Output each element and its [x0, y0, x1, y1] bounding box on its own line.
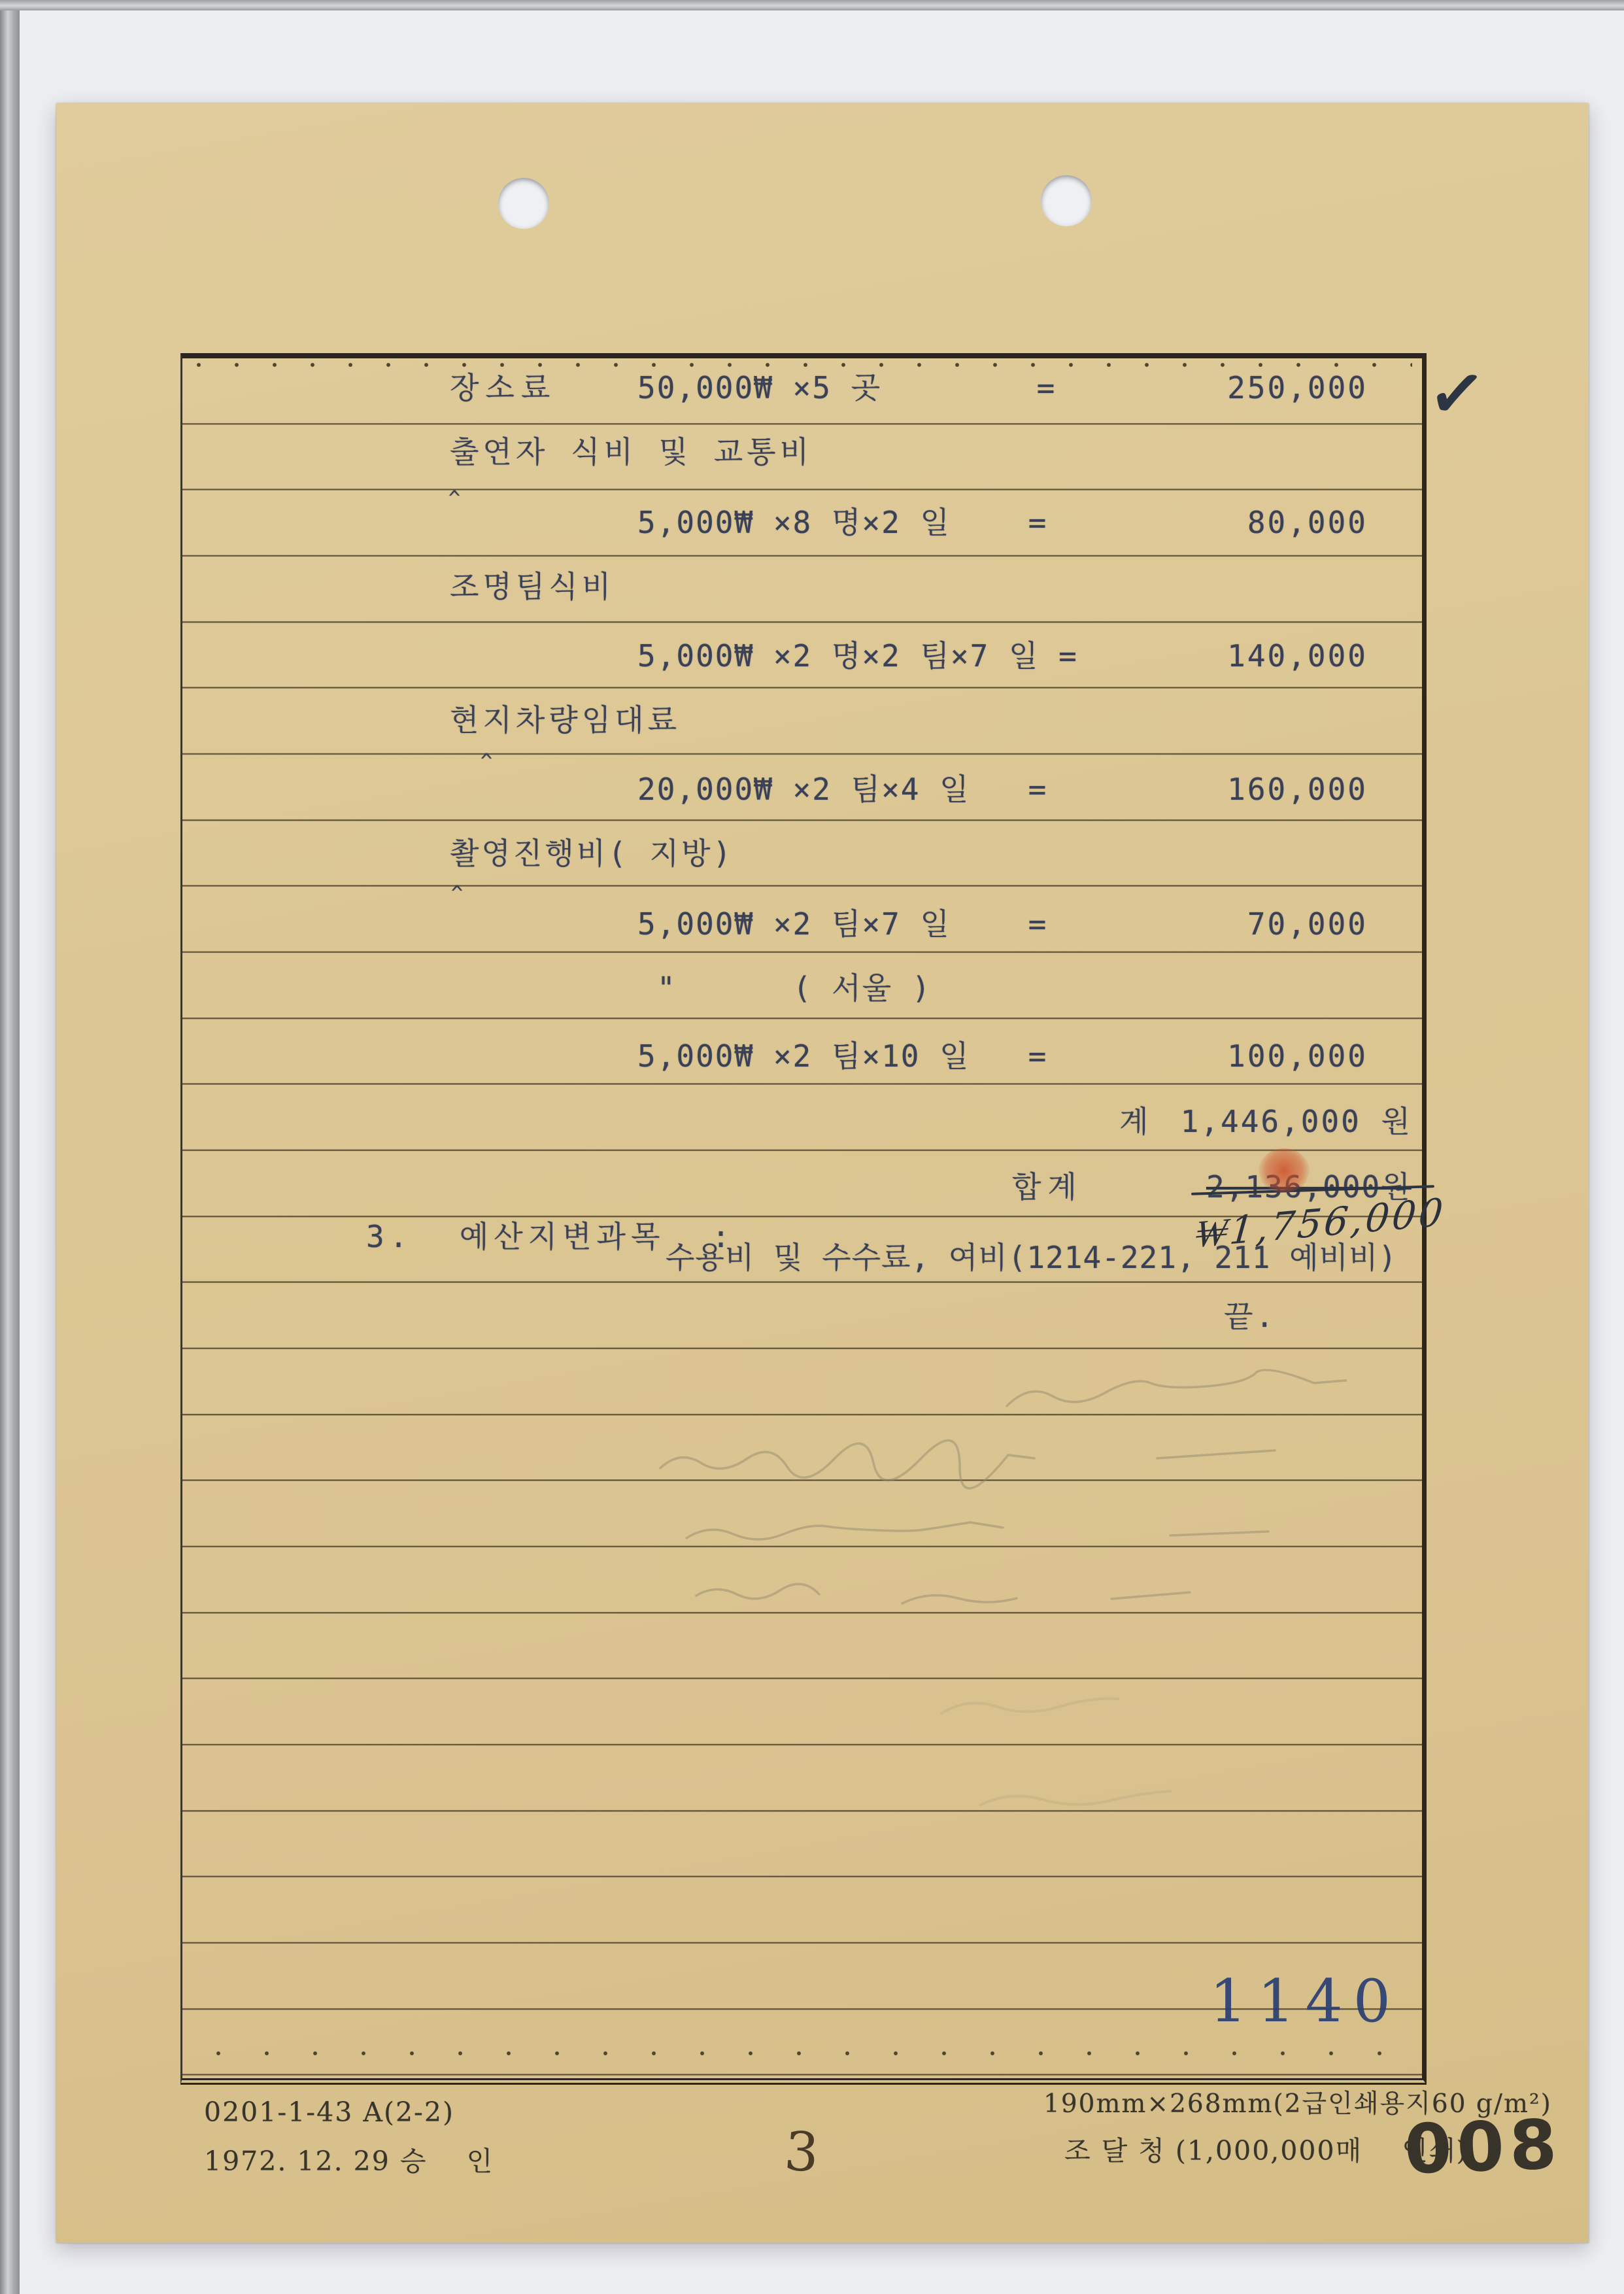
subtotal-amount: 1,446,000 원: [1111, 1104, 1412, 1139]
expense-label: 현지차량임대료: [450, 702, 681, 738]
scanner-frame-left: [0, 0, 20, 2294]
perforation-dots-top: [196, 362, 1412, 368]
expense-label: 조명팀식비: [450, 569, 615, 604]
expense-formula: 50,000₩ ×5 곳 =: [637, 370, 1056, 405]
expense-formula: 5,000₩ ×2 팀×7 일 =: [637, 906, 1047, 942]
expense-amount: 70,000: [1111, 906, 1368, 942]
end-mark: 끝.: [1224, 1299, 1276, 1334]
pencil-ghost-marks: [902, 1674, 1281, 1883]
punch-hole-left: [498, 178, 549, 229]
expense-formula: 20,000₩ ×2 팀×4 일 =: [637, 772, 1047, 807]
page-stamp-number: 1140: [1210, 1967, 1401, 2036]
total-label: 합계: [1012, 1169, 1083, 1205]
scanner-frame-top: [0, 0, 1624, 10]
form-code: 0201-1-43 A(2-2): [204, 2097, 454, 2128]
expense-label: 출연자 식비 및 교통비: [450, 434, 813, 470]
expense-amount: 160,000: [1111, 772, 1368, 807]
expense-formula: 5,000₩ ×2 팀×10 일 =: [637, 1038, 1047, 1074]
expense-formula: 5,000₩ ×2 명×2 팀×7 일 =: [637, 638, 1078, 674]
expense-amount: 100,000: [1111, 1038, 1368, 1074]
red-ink-blob: [1259, 1148, 1310, 1193]
caret-mark: ^: [481, 744, 494, 779]
pencil-scribbles: [588, 1360, 1347, 1635]
punch-hole-right: [1041, 175, 1092, 226]
printer-info: 조 달 청 (1,000,000매 인쇄): [1064, 2129, 1468, 2168]
handwritten-page-number: 3: [783, 2120, 821, 2184]
expense-formula: 5,000₩ ×8 명×2 일 =: [637, 505, 1047, 540]
expense-amount: 80,000: [1111, 505, 1368, 540]
expense-label: 장소료: [450, 370, 556, 405]
expense-amount: 250,000: [1111, 370, 1368, 405]
expense-amount: 140,000: [1111, 638, 1368, 674]
approval-date: 1972. 12. 29 승 인: [204, 2140, 494, 2178]
caret-mark: ^: [448, 481, 462, 517]
paper-spec: 190mm×268mm(2급인쇄용지60 g/m²): [1043, 2083, 1552, 2120]
expense-label: 촬영진행비( 지방): [450, 836, 734, 871]
perforation-dots-bottom: [216, 2051, 1406, 2056]
scanned-document-page: { "page": { "check_mark": "✓", "caret_ma…: [0, 0, 1624, 2294]
expense-label: " ( 서울 ): [657, 970, 932, 1006]
handwritten-checkmark: ✓: [1425, 351, 1490, 436]
caret-mark: ^: [451, 876, 464, 912]
section-content: 수용비 및 수수료, 여비(1214-221, 211 예비비): [666, 1240, 1397, 1275]
